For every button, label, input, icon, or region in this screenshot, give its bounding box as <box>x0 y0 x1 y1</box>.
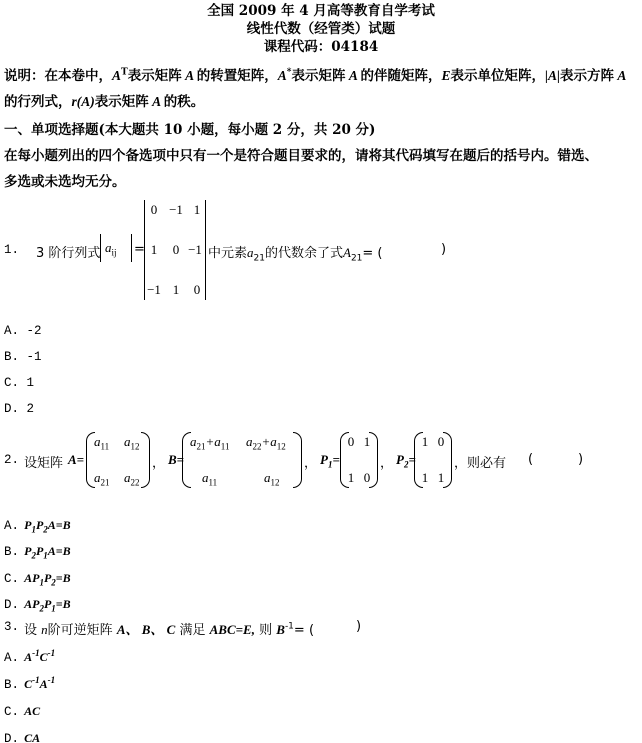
answer-bracket-close: ) <box>578 452 583 467</box>
option-c[interactable]: C. AP1P2=B <box>4 567 71 587</box>
separator: ， <box>380 452 393 471</box>
option-d[interactable]: D. 2 <box>4 402 34 416</box>
option-a[interactable]: A. -2 <box>4 324 42 338</box>
question-text-cont: 中元素a21的代数余了式A21= ( <box>208 242 383 264</box>
determinant-matrix: 0 −1 1 1 0 −1 −1 1 0 <box>144 200 206 300</box>
intro-line-1: 说明：在本卷中，AT表示矩阵 A 的转置矩阵，A*表示矩阵 A 的伴随矩阵，E表… <box>4 64 626 84</box>
question-number: 3. <box>4 620 19 634</box>
matrix-p1: 0 1 1 0 <box>340 432 378 488</box>
section-heading: 一、单项选择题(本大题共 10 小题，每小题 2 分，共 20 分) <box>4 118 375 138</box>
question-number: 2. <box>4 453 19 467</box>
course-code: 课程代码：04184 <box>0 38 642 56</box>
answer-bracket-close: ) <box>441 242 446 257</box>
option-c[interactable]: C. 1 <box>4 376 34 390</box>
matrix-a: a11 a12 a21 a22 <box>86 432 150 488</box>
matrix-p2: 1 0 1 1 <box>414 432 452 488</box>
question-text: 设 n阶可逆矩阵 A、 B、 C 满足 ABC=E, 则 B-1= ( <box>24 619 314 638</box>
matrix-b: a21+a11 a22+a12 a11 a12 <box>182 432 302 488</box>
intro-line-2: 的行列式，r(A)表示矩阵 A 的秩。 <box>4 90 204 110</box>
option-d[interactable]: D. CA <box>4 727 40 743</box>
option-b[interactable]: B. P2P1A=B <box>4 540 71 560</box>
option-c[interactable]: C. AC <box>4 700 40 719</box>
section-instruction-2: 多选或未选均无分。 <box>4 170 126 190</box>
separator: ， <box>152 452 165 471</box>
matrix-a-label: A= <box>68 452 84 468</box>
option-a[interactable]: A. P1P2A=B <box>4 514 71 534</box>
exam-subject: 线性代数（经管类）试题 <box>0 20 642 38</box>
section-instruction-1: 在每小题列出的四个备选项中只有一个是符合题目要求的，请将其代码填写在题后的括号内… <box>4 144 598 164</box>
question-text: 3 阶行列式 <box>36 242 100 261</box>
option-a[interactable]: A. A-1C-1 <box>4 646 55 665</box>
separator: ， <box>304 452 317 471</box>
determinant-notation: aij <box>100 234 132 262</box>
exam-title: 全国 2009 年 4 月高等教育自学考试 <box>0 2 642 20</box>
answer-bracket-close: ) <box>356 619 361 634</box>
answer-bracket-open: ( <box>528 452 533 467</box>
option-b[interactable]: B. C-1A-1 <box>4 673 55 692</box>
option-b[interactable]: B. -1 <box>4 350 42 364</box>
matrix-p2-label: P2= <box>396 452 416 470</box>
matrix-p1-label: P1= <box>320 452 340 470</box>
question-number: 1. <box>4 243 19 257</box>
option-d[interactable]: D. AP2P1=B <box>4 593 71 613</box>
question-text: 设矩阵 <box>24 452 63 471</box>
question-text-cont: ，则必有 <box>454 452 506 471</box>
